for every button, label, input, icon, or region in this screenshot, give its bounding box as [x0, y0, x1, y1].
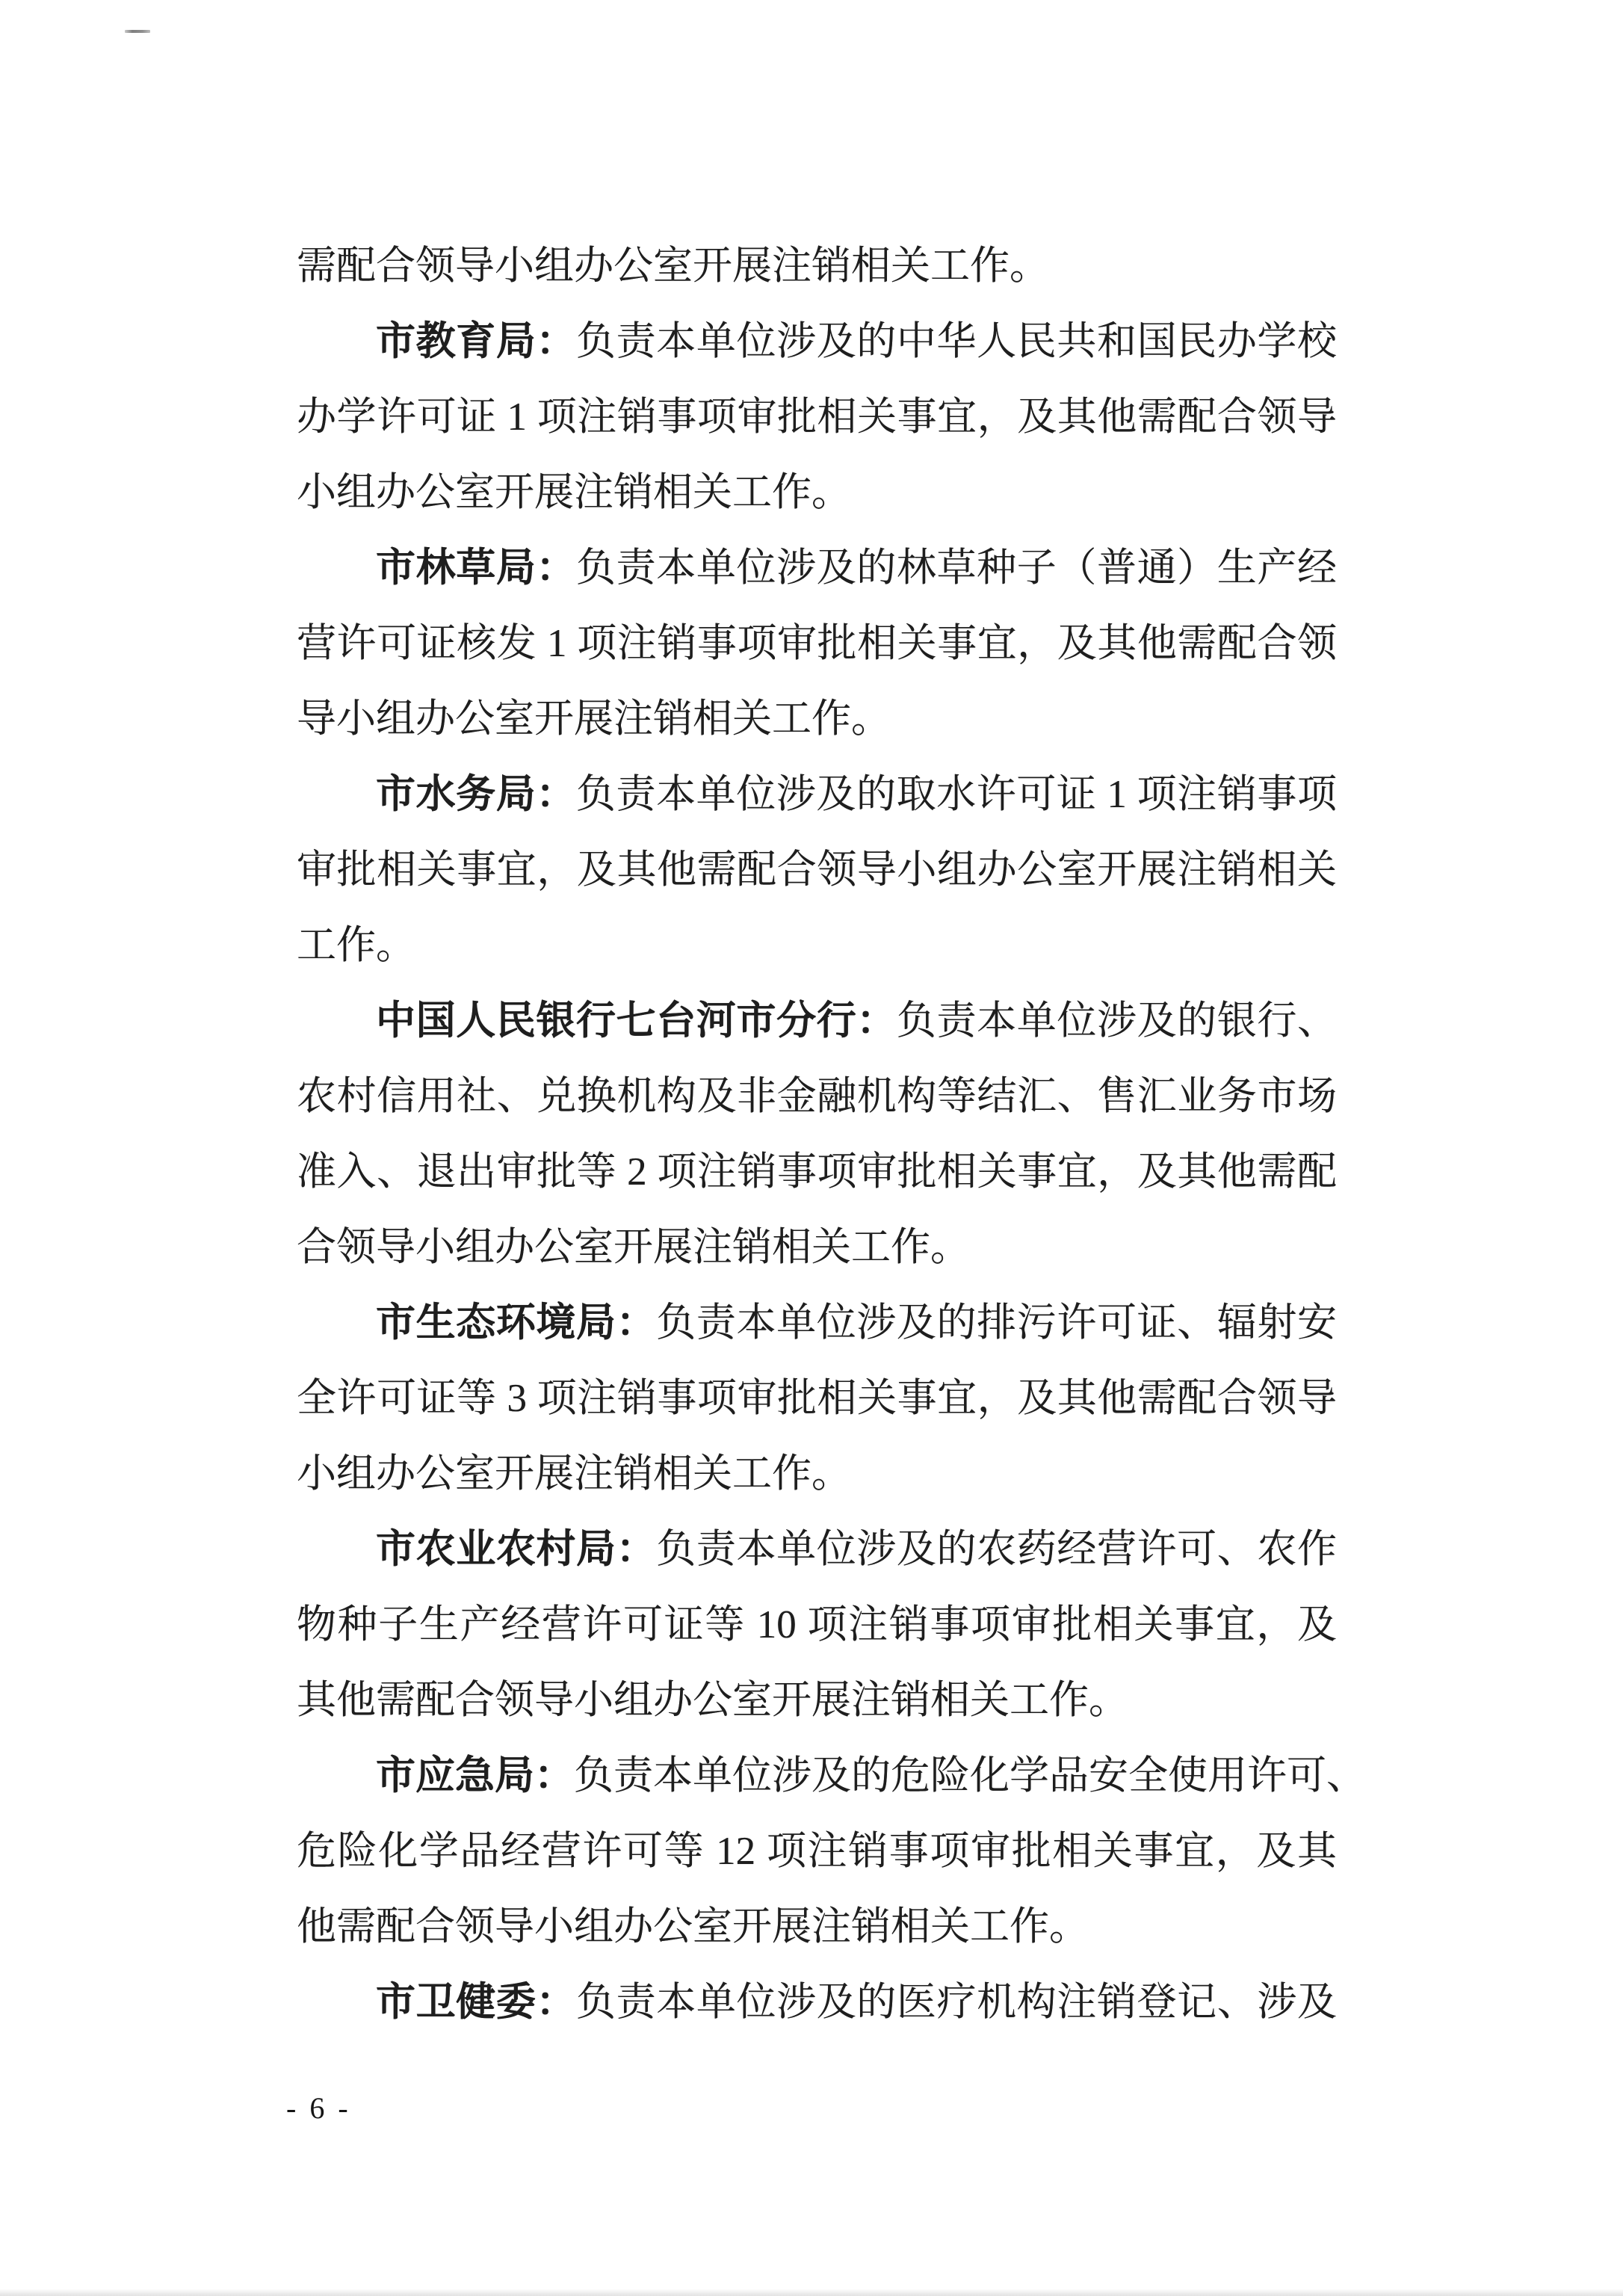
agency-name: 市教育局：	[376, 320, 576, 363]
text-line: 导小组办公室开展注销相关工作。	[297, 682, 1337, 757]
text-line: 需配合领导小组办公室开展注销相关工作。	[297, 229, 1337, 304]
text-line: 市林草局：负责本单位涉及的林草种子（普通）生产经	[297, 531, 1337, 606]
body-text: 全许可证等 3 项注销事项审批相关事宜，及其他需配合领导	[297, 1377, 1337, 1420]
page-number: - 6 -	[286, 2092, 351, 2125]
body-text: 负责本单位涉及的取水许可证 1 项注销事项	[576, 773, 1337, 816]
text-line: 营许可证核发 1 项注销事项审批相关事宜，及其他需配合领	[297, 606, 1337, 682]
body-text: 准入、退出审批等 2 项注销事项审批相关事宜，及其他需配	[297, 1150, 1337, 1194]
body-text: 危险化学品经营许可等 12 项注销事项审批相关事宜，及其	[297, 1830, 1337, 1873]
body-text: 负责本单位涉及的排污许可证、辐射安	[656, 1301, 1337, 1345]
body-text: 审批相关事宜，及其他需配合领导小组办公室开展注销相关	[297, 848, 1337, 892]
body-text: 工作。	[297, 924, 415, 967]
text-line: 办学许可证 1 项注销事项审批相关事宜，及其他需配合领导	[297, 380, 1337, 455]
body-text: 负责本单位涉及的林草种子（普通）生产经	[576, 546, 1337, 590]
agency-name: 市生态环境局：	[376, 1301, 656, 1345]
document-page: 需配合领导小组办公室开展注销相关工作。市教育局：负责本单位涉及的中华人民共和国民…	[0, 0, 1623, 2296]
document-body: 需配合领导小组办公室开展注销相关工作。市教育局：负责本单位涉及的中华人民共和国民…	[297, 229, 1337, 2040]
agency-name: 中国人民银行七台河市分行：	[376, 999, 897, 1043]
text-line: 农村信用社、兑换机构及非金融机构等结汇、售汇业务市场	[297, 1059, 1337, 1135]
body-text: 负责本单位涉及的危险化学品安全使用许可、	[574, 1754, 1366, 1797]
body-text: 合领导小组办公室开展注销相关工作。	[297, 1226, 970, 1269]
body-text: 需配合领导小组办公室开展注销相关工作。	[297, 244, 1049, 288]
text-line: 审批相关事宜，及其他需配合领导小组办公室开展注销相关	[297, 833, 1337, 908]
body-text: 小组办公室开展注销相关工作。	[297, 1452, 851, 1496]
agency-name: 市卫健委：	[376, 1981, 576, 2024]
text-line: 合领导小组办公室开展注销相关工作。	[297, 1210, 1337, 1286]
text-line: 市应急局：负责本单位涉及的危险化学品安全使用许可、	[297, 1738, 1337, 1814]
agency-name: 市农业农村局：	[376, 1528, 656, 1571]
text-line: 物种子生产经营许可证等 10 项注销事项审批相关事宜，及	[297, 1587, 1337, 1663]
body-text: 导小组办公室开展注销相关工作。	[297, 697, 891, 741]
agency-name: 市应急局：	[376, 1754, 574, 1797]
body-text: 负责本单位涉及的银行、	[897, 999, 1337, 1043]
body-text: 物种子生产经营许可证等 10 项注销事项审批相关事宜，及	[297, 1603, 1337, 1647]
text-line: 市卫健委：负责本单位涉及的医疗机构注销登记、涉及	[297, 1965, 1337, 2040]
agency-name: 市水务局：	[376, 773, 576, 816]
text-line: 市水务局：负责本单位涉及的取水许可证 1 项注销事项	[297, 757, 1337, 833]
text-line: 市生态环境局：负责本单位涉及的排污许可证、辐射安	[297, 1286, 1337, 1361]
body-text: 农村信用社、兑换机构及非金融机构等结汇、售汇业务市场	[297, 1075, 1337, 1118]
body-text: 小组办公室开展注销相关工作。	[297, 471, 851, 514]
body-text: 营许可证核发 1 项注销事项审批相关事宜，及其他需配合领	[297, 622, 1337, 665]
text-line: 市农业农村局：负责本单位涉及的农药经营许可、农作	[297, 1512, 1337, 1587]
text-line: 市教育局：负责本单位涉及的中华人民共和国民办学校	[297, 304, 1337, 380]
text-line: 中国人民银行七台河市分行：负责本单位涉及的银行、	[297, 984, 1337, 1059]
scan-artifact-dash	[125, 30, 150, 33]
body-text: 办学许可证 1 项注销事项审批相关事宜，及其他需配合领导	[297, 395, 1337, 439]
body-text: 其他需配合领导小组办公室开展注销相关工作。	[297, 1679, 1128, 1722]
text-line: 小组办公室开展注销相关工作。	[297, 455, 1337, 531]
text-line: 小组办公室开展注销相关工作。	[297, 1436, 1337, 1512]
text-line: 全许可证等 3 项注销事项审批相关事宜，及其他需配合领导	[297, 1361, 1337, 1436]
scan-bottom-edge	[0, 2289, 1623, 2296]
body-text: 负责本单位涉及的医疗机构注销登记、涉及	[576, 1981, 1337, 2024]
body-text: 负责本单位涉及的农药经营许可、农作	[656, 1528, 1337, 1571]
text-line: 工作。	[297, 908, 1337, 984]
text-line: 其他需配合领导小组办公室开展注销相关工作。	[297, 1663, 1337, 1738]
agency-name: 市林草局：	[376, 546, 576, 590]
text-line: 危险化学品经营许可等 12 项注销事项审批相关事宜，及其	[297, 1814, 1337, 1889]
text-line: 准入、退出审批等 2 项注销事项审批相关事宜，及其他需配	[297, 1135, 1337, 1210]
text-line: 他需配合领导小组办公室开展注销相关工作。	[297, 1889, 1337, 1965]
body-text: 他需配合领导小组办公室开展注销相关工作。	[297, 1905, 1089, 1948]
body-text: 负责本单位涉及的中华人民共和国民办学校	[576, 320, 1337, 363]
